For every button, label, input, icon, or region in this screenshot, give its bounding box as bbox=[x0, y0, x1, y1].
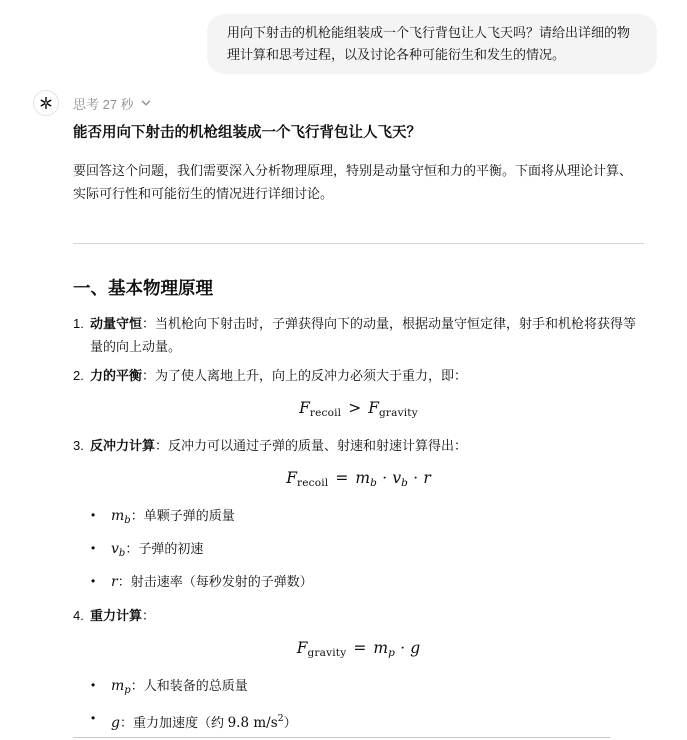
item-body: 力的平衡：为了使人离地上升，向上的反冲力必须大于重力，即： bbox=[90, 364, 644, 387]
math-var: F bbox=[368, 399, 379, 417]
item-number: 2. bbox=[73, 364, 90, 387]
variable-item: • r：射击速率（每秒发射的子弹数） bbox=[73, 570, 644, 598]
math-dot: ⋅ bbox=[400, 639, 405, 657]
item-text: ：反冲力可以通过子弹的质量、射速和射速计算得出： bbox=[155, 438, 467, 453]
thinking-duration-label: 思考 27 秒 bbox=[73, 94, 134, 113]
variable-desc: ：子弹的初速 bbox=[125, 541, 203, 556]
math-sub: recoil bbox=[310, 407, 341, 419]
item-text: ： bbox=[142, 608, 155, 623]
math-var: F bbox=[286, 469, 297, 487]
formula-recoil-vs-gravity: Frecoil>Fgravity bbox=[73, 396, 644, 425]
variable-item: • mp：人和装备的总质量 bbox=[73, 674, 644, 702]
openai-logo-icon bbox=[39, 96, 53, 110]
math-var: m bbox=[355, 469, 370, 487]
math-sub: b bbox=[370, 477, 377, 489]
variable-item: • mb：单颗子弹的质量 bbox=[73, 504, 644, 532]
response-intro: 要回答这个问题，我们需要深入分析物理原理，特别是动量守恒和力的平衡。下面将从理论… bbox=[73, 159, 644, 205]
math-var: g bbox=[111, 715, 120, 731]
variable-body: r：射击速率（每秒发射的子弹数） bbox=[111, 570, 644, 598]
math-dot: ⋅ bbox=[413, 469, 418, 487]
math-var: m bbox=[111, 508, 124, 524]
variable-desc-tail: ） bbox=[284, 715, 297, 730]
item-body: 反冲力计算：反冲力可以通过子弹的质量、射速和射速计算得出： bbox=[90, 434, 644, 457]
item-body: 动量守恒：当机枪向下射击时，子弹获得向下的动量，根据动量守恒定律，射手和机枪将获… bbox=[90, 312, 644, 358]
math-sub: b bbox=[401, 477, 408, 489]
chat-page: 用向下射击的机枪能组装成一个飞行背包让人飞天吗？请给出详细的物理计算和思考过程，… bbox=[0, 0, 687, 740]
list-item-momentum: 1. 动量守恒：当机枪向下射击时，子弹获得向下的动量，根据动量守恒定律，射手和机… bbox=[73, 312, 644, 358]
bullet-icon: • bbox=[91, 504, 111, 532]
variable-desc: ：单颗子弹的质量 bbox=[131, 508, 235, 523]
math-value: 9.8 m/s bbox=[228, 715, 278, 731]
list-item-recoil-calc: 3. 反冲力计算：反冲力可以通过子弹的质量、射速和射速计算得出： bbox=[73, 434, 644, 457]
variable-item: • g：重力加速度（约 9.8 m/s2） bbox=[73, 707, 644, 735]
item-text: ：为了使人离地上升，向上的反冲力必须大于重力，即： bbox=[142, 368, 467, 383]
item-term: 力的平衡 bbox=[90, 368, 142, 383]
math-var: F bbox=[299, 399, 310, 417]
bullet-icon: • bbox=[91, 674, 111, 702]
thinking-duration-toggle[interactable]: 思考 27 秒 bbox=[73, 94, 151, 113]
response-heading: 能否用向下射击的机枪组装成一个飞行背包让人飞天？ bbox=[73, 122, 644, 144]
bottom-section-divider bbox=[73, 737, 610, 738]
assistant-header: 思考 27 秒 bbox=[33, 90, 687, 116]
item-term: 反冲力计算 bbox=[90, 438, 155, 453]
math-var: v bbox=[392, 469, 401, 487]
formula-gravity-equation: Fgravity=mp⋅g bbox=[73, 636, 644, 665]
item-term: 重力计算 bbox=[90, 608, 142, 623]
chevron-down-icon bbox=[141, 98, 151, 108]
formula-recoil-equation: Frecoil=mb⋅vb⋅r bbox=[73, 466, 644, 495]
user-message-text: 用向下射击的机枪能组装成一个飞行背包让人飞天吗？请给出详细的物理计算和思考过程，… bbox=[227, 25, 630, 62]
item-number: 4. bbox=[73, 604, 90, 627]
list-item-gravity-calc: 4. 重力计算： bbox=[73, 604, 644, 627]
variable-body: g：重力加速度（约 9.8 m/s2） bbox=[111, 707, 644, 735]
user-message-bubble: 用向下射击的机枪能组装成一个飞行背包让人飞天吗？请给出详细的物理计算和思考过程，… bbox=[207, 14, 657, 74]
physics-principles-list: 1. 动量守恒：当机枪向下射击时，子弹获得向下的动量，根据动量守恒定律，射手和机… bbox=[73, 312, 644, 735]
bullet-icon: • bbox=[91, 537, 111, 565]
variable-body: vb：子弹的初速 bbox=[111, 537, 644, 565]
math-sub: p bbox=[388, 647, 395, 659]
gravity-variables-list: • mp：人和装备的总质量 • g：重力加速度（约 9.8 m/s2） bbox=[73, 674, 644, 735]
math-var: v bbox=[111, 541, 119, 557]
item-body: 重力计算： bbox=[90, 604, 644, 627]
math-sub: recoil bbox=[297, 477, 328, 489]
variable-desc: ：人和装备的总质量 bbox=[131, 678, 248, 693]
user-message-row: 用向下射击的机枪能组装成一个飞行背包让人飞天吗？请给出详细的物理计算和思考过程，… bbox=[0, 0, 687, 74]
assistant-response: 能否用向下射击的机枪组装成一个飞行背包让人飞天？ 要回答这个问题，我们需要深入分… bbox=[73, 122, 644, 735]
list-item-force-balance: 2. 力的平衡：为了使人离地上升，向上的反冲力必须大于重力，即： bbox=[73, 364, 644, 387]
item-term: 动量守恒 bbox=[90, 316, 142, 331]
variable-desc: ：射击速率（每秒发射的子弹数） bbox=[118, 574, 313, 589]
math-operator: = bbox=[353, 639, 366, 657]
item-number: 1. bbox=[73, 312, 90, 358]
variable-item: • vb：子弹的初速 bbox=[73, 537, 644, 565]
section-divider bbox=[73, 243, 644, 244]
variable-body: mb：单颗子弹的质量 bbox=[111, 504, 644, 532]
math-dot: ⋅ bbox=[382, 469, 387, 487]
math-var: r bbox=[111, 574, 118, 590]
math-sub: gravity bbox=[308, 647, 347, 659]
bullet-icon: • bbox=[91, 570, 111, 598]
section-heading: 一、基本物理原理 bbox=[73, 276, 644, 300]
math-operator: = bbox=[335, 469, 348, 487]
assistant-avatar bbox=[33, 90, 59, 116]
math-var: r bbox=[423, 469, 430, 487]
math-operator: > bbox=[348, 399, 361, 417]
variable-body: mp：人和装备的总质量 bbox=[111, 674, 644, 702]
variable-desc: ：重力加速度（约 bbox=[120, 715, 228, 730]
math-var: m bbox=[373, 639, 388, 657]
math-var: F bbox=[297, 639, 308, 657]
math-var: m bbox=[111, 678, 124, 694]
item-number: 3. bbox=[73, 434, 90, 457]
item-text: ：当机枪向下射击时，子弹获得向下的动量，根据动量守恒定律，射手和机枪将获得等量的… bbox=[90, 316, 636, 354]
bullet-icon: • bbox=[91, 707, 111, 735]
recoil-variables-list: • mb：单颗子弹的质量 • vb：子弹的初速 • r：射击速率（每秒发射的子弹… bbox=[73, 504, 644, 598]
math-var: g bbox=[410, 639, 420, 657]
math-sub: gravity bbox=[379, 407, 418, 419]
